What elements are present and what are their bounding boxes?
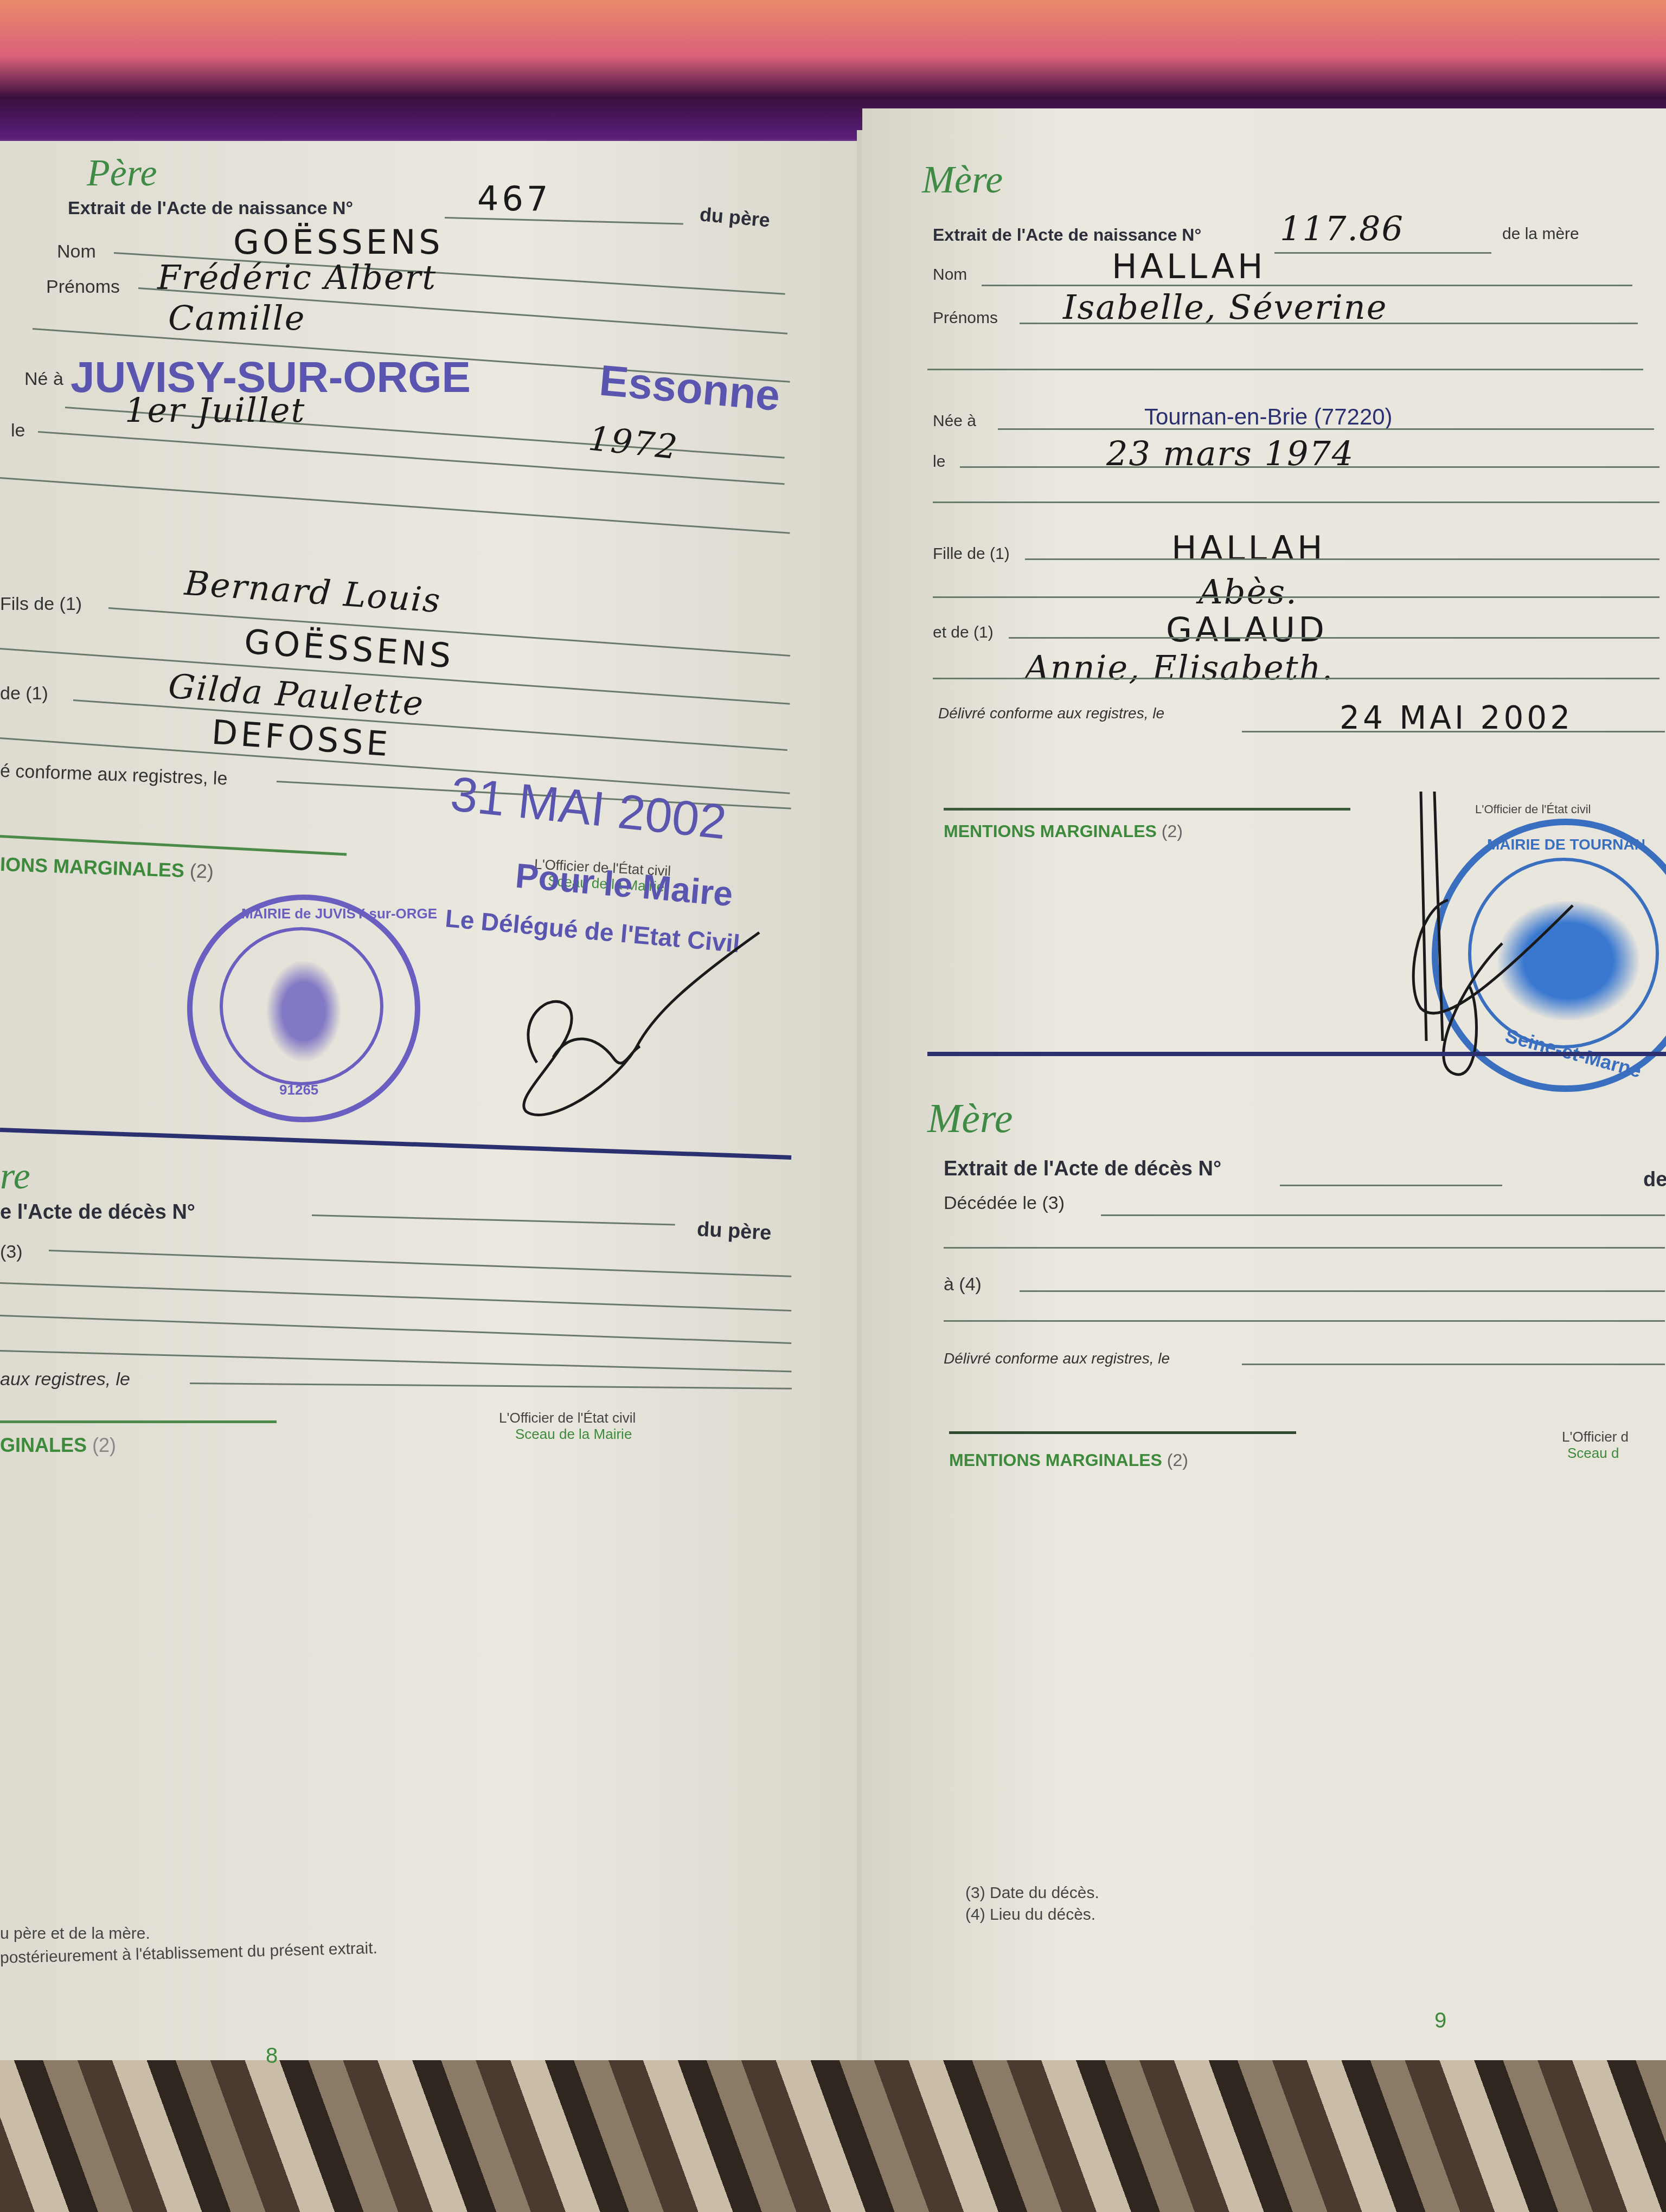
field-line <box>944 1247 1665 1249</box>
fille-de-label: Fille de (1) <box>933 545 1010 563</box>
field-line <box>1242 1364 1665 1365</box>
mother-value-1: GALAUD <box>1166 610 1328 650</box>
death-date-label: Décédée le (3) <box>944 1193 1065 1214</box>
field-line <box>933 678 1659 679</box>
field-line <box>927 369 1643 370</box>
field-line <box>49 1250 791 1277</box>
father-value-2: Abès. <box>1199 572 1298 612</box>
nom-value: GOËSSENS <box>233 222 444 262</box>
mentions-label: IONS MARGINALES (2) <box>0 853 214 883</box>
field-line <box>190 1382 792 1390</box>
death-extract-suffix: du père <box>696 1218 772 1245</box>
nom-value: HALLAH <box>1112 247 1266 286</box>
field-line <box>982 285 1632 286</box>
death-delivered-label: Délivré conforme aux registres, le <box>944 1350 1170 1367</box>
father-value-1: Bernard Louis <box>183 563 443 621</box>
le-label: le <box>933 453 945 471</box>
pour-le-maire-stamp: Pour le Maire <box>514 856 735 915</box>
death-mentions-label: MENTIONS MARGINALES (2) <box>949 1450 1188 1470</box>
seal-code: 91265 <box>279 1082 318 1098</box>
right-page: Mère Extrait de l'Acte de naissance N° 1… <box>862 108 1666 2060</box>
mentions-divider <box>0 1420 277 1423</box>
prenoms-label: Prénoms <box>46 276 120 298</box>
date-value-2: 1972 <box>587 419 681 467</box>
mentions-note: (2) <box>92 1434 116 1456</box>
field-line <box>1280 1185 1502 1186</box>
signature-right <box>1394 781 1611 1084</box>
death-place-label: à (4) <box>944 1274 982 1295</box>
seal-text: MAIRIE de JUVISY-sur-ORGE <box>241 905 437 922</box>
prenoms-value: Isabelle, Séverine <box>1063 287 1387 327</box>
field-line <box>1274 252 1491 254</box>
extract-label: Extrait de l'Acte de naissance N° <box>68 198 353 219</box>
mentions-divider <box>949 1431 1296 1434</box>
delivered-label: é conforme aux registres, le <box>0 761 228 790</box>
page-number-right: 9 <box>1434 2009 1446 2033</box>
footnote-1: u père et de la mère. <box>0 1925 150 1943</box>
mentions-divider <box>0 835 347 856</box>
field-line <box>445 217 683 225</box>
death-extract-suffix: de <box>1643 1168 1666 1192</box>
extract-number: 117.86 <box>1280 209 1404 248</box>
footnote-3: (3) Date du décès. <box>965 1884 1099 1902</box>
field-line <box>998 428 1654 430</box>
mentions-note: (2) <box>1167 1450 1188 1470</box>
mentions-label-text: MENTIONS MARGINALES <box>949 1450 1162 1470</box>
field-line <box>0 1282 791 1311</box>
death-delivered-label: aux registres, le <box>0 1369 130 1390</box>
mentions-divider <box>944 808 1350 811</box>
field-line <box>1020 1290 1665 1292</box>
mentions-note: (2) <box>189 859 214 883</box>
field-line <box>1020 323 1638 324</box>
section-heading-pere: Père <box>87 152 157 195</box>
date-value-1: 1er Juillet <box>125 390 305 430</box>
prenoms-value-2: Camille <box>168 298 305 338</box>
section-heading-mere: Mère <box>922 157 1003 202</box>
field-line <box>960 466 1659 468</box>
field-line <box>1101 1214 1665 1216</box>
left-page: Père Extrait de l'Acte de naissance N° 4… <box>0 141 862 2060</box>
field-line <box>944 1320 1665 1322</box>
nee-a-label: Née à <box>933 412 976 430</box>
father-value-1: HALLAH <box>1171 529 1326 568</box>
field-line <box>0 477 790 534</box>
death-officer-label: L'Officier d <box>1562 1429 1629 1445</box>
field-line <box>0 1315 791 1344</box>
field-line <box>933 596 1659 598</box>
field-line <box>1009 637 1659 639</box>
death-date-label: (3) <box>0 1242 23 1263</box>
ne-a-department-stamp: Essonne <box>598 356 782 421</box>
prenoms-label: Prénoms <box>933 309 998 327</box>
field-line <box>933 501 1659 503</box>
nom-label: Nom <box>933 266 967 284</box>
et-de-label: de (1) <box>0 683 48 704</box>
mairie-juvisy-seal: MAIRIE de JUVISY-sur-ORGE 91265 <box>187 895 420 1122</box>
nom-label: Nom <box>57 241 96 262</box>
mentions-note: (2) <box>1162 821 1183 841</box>
mentions-label-text: MENTIONS MARGINALES <box>944 821 1157 841</box>
death-section-heading: re <box>0 1155 30 1198</box>
death-officer-label: L'Officier de l'État civil <box>499 1410 636 1426</box>
mentions-label-text: IONS MARGINALES <box>0 853 185 882</box>
death-mentions-label: GINALES (2) <box>0 1434 116 1457</box>
death-seal-label: Sceau d <box>1567 1445 1619 1462</box>
death-extract-label: e l'Acte de décès N° <box>0 1201 195 1224</box>
field-line <box>73 699 787 751</box>
extract-number: 467 <box>477 179 551 218</box>
death-section-heading: Mère <box>927 1095 1013 1142</box>
footnote-4: (4) Lieu du décès. <box>965 1906 1095 1924</box>
section-divider <box>927 1052 1666 1056</box>
mentions-label: MENTIONS MARGINALES (2) <box>944 821 1183 841</box>
footnote-2: postérieurement à l'établissement du pré… <box>0 1939 377 1967</box>
death-extract-label: Extrait de l'Acte de décès N° <box>944 1158 1221 1181</box>
delivered-label: Délivré conforme aux registres, le <box>938 705 1164 722</box>
signature-left <box>477 922 824 1128</box>
death-seal-label: Sceau de la Mairie <box>515 1426 632 1443</box>
nee-a-value: Tournan-en-Brie (77220) <box>1144 404 1393 430</box>
section-divider <box>0 1128 791 1160</box>
field-line <box>312 1214 675 1226</box>
et-de-label: et de (1) <box>933 623 994 642</box>
field-line <box>1242 731 1665 732</box>
mother-value-2: Annie, Elisabeth. <box>1025 648 1334 687</box>
mentions-label-text: GINALES <box>0 1434 87 1456</box>
extract-suffix: de la mère <box>1502 225 1579 243</box>
fils-de-label: Fils de (1) <box>0 594 82 615</box>
ne-a-label: Né à <box>24 369 63 390</box>
extract-label: Extrait de l'Acte de naissance N° <box>933 225 1201 245</box>
extract-suffix: du père <box>699 203 771 232</box>
field-line <box>1025 558 1659 560</box>
page-number-left: 8 <box>266 2044 278 2068</box>
le-label: le <box>11 420 25 441</box>
